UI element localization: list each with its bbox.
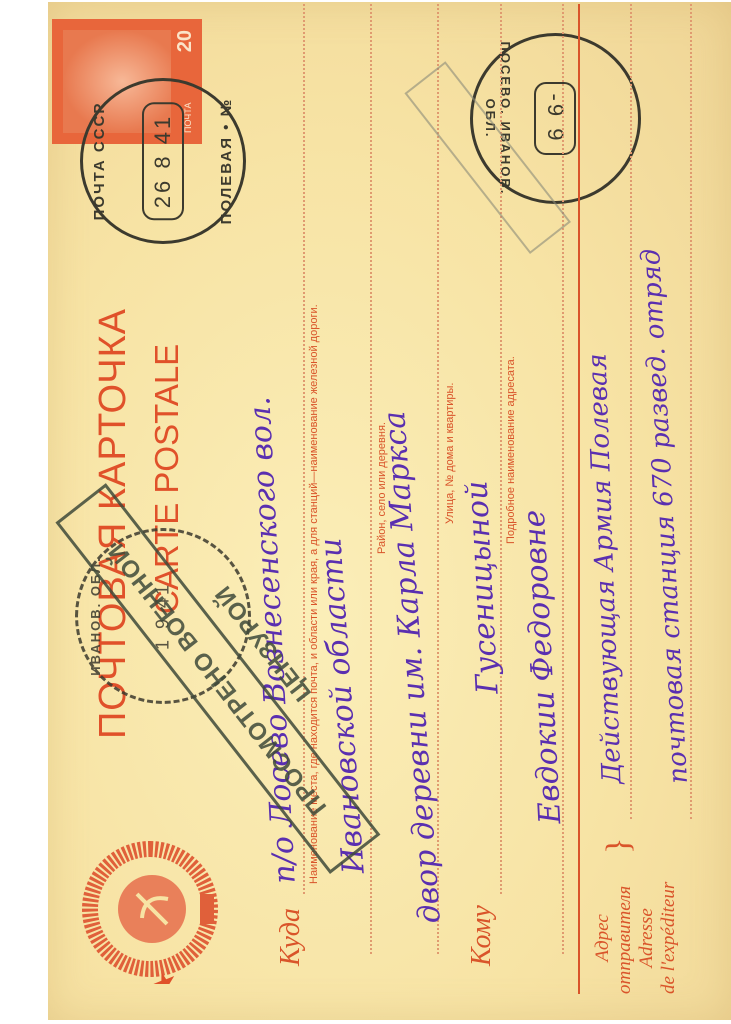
postmark-date: -9 9: [535, 82, 577, 156]
sender-line-1: [630, 4, 632, 819]
hint-street: Улица, № дома и квартиры.: [444, 383, 456, 524]
hint-addressee: Подробное наименование адресата.: [505, 356, 517, 544]
postcard: ПОЧТОВАЯ КАРТОЧКА CARTE POSTALE ПОЧТА 20…: [0, 0, 731, 1024]
sender-label: Адрес отправителя Adresse de l'expéditeu…: [592, 882, 680, 994]
ussr-coat-of-arms-icon: [72, 834, 222, 984]
sender-line-2: [690, 4, 692, 819]
label-to-whom: Кому: [466, 905, 498, 966]
sender-divider: [578, 4, 580, 994]
sender-label-fr-1: Adresse: [636, 882, 658, 994]
postmark-text: ПОЧТА СССР: [91, 81, 108, 241]
postmark-field-post: ПОЧТА СССР 26 8 41 ПОЛЕВАЯ • №: [80, 78, 246, 244]
postmark-date: 26 8 41: [142, 102, 184, 220]
postmark-text: ПОЛЕВАЯ • №: [218, 81, 235, 241]
address-line-2: [370, 4, 372, 954]
label-to-where: Куда: [275, 908, 307, 966]
sender-brace-icon: }: [600, 838, 638, 854]
sender-label-fr-2: de l'expéditeur: [658, 882, 680, 994]
sender-label-ru-2: отправителя: [614, 882, 636, 994]
sender-label-ru-1: Адрес: [592, 882, 614, 994]
